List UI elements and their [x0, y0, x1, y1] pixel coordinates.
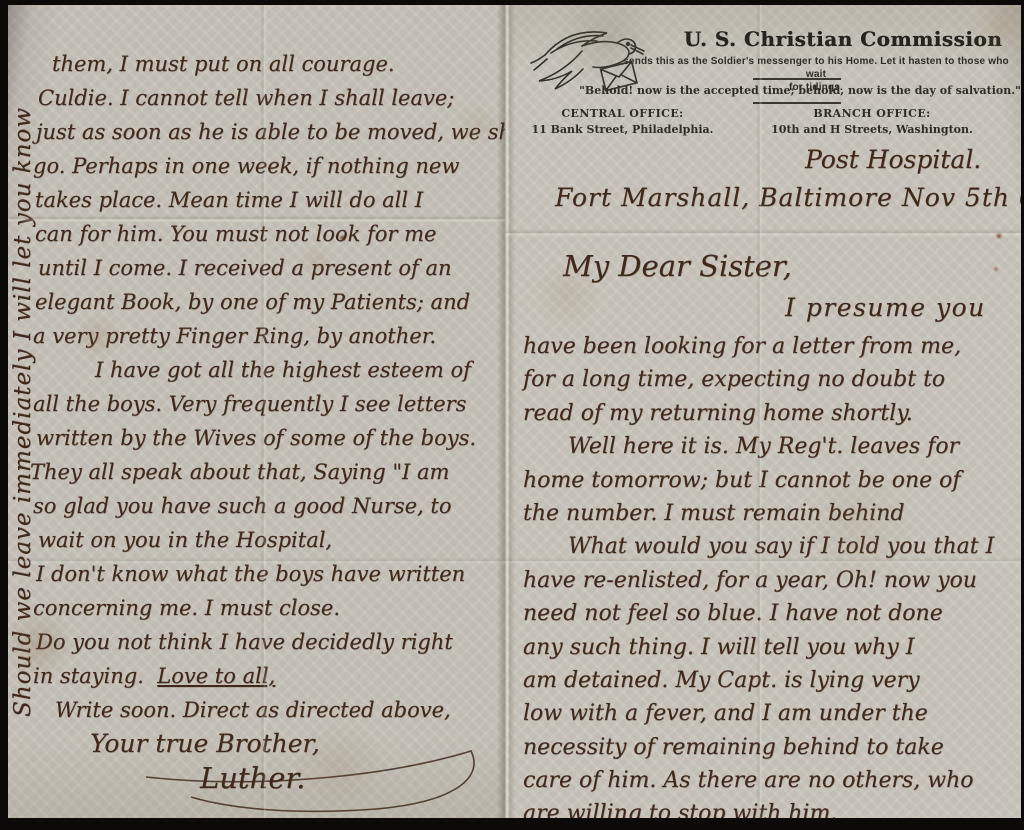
handwritten-line: I have got all the highest esteem of — [28, 355, 498, 389]
handwritten-line: are willing to stop with him. — [523, 799, 1019, 818]
handwritten-line: any such thing. I will tell you why I — [523, 633, 1019, 666]
letter-page-left: Should we leave immediately I will let y… — [8, 5, 505, 818]
handwritten-line: have re-enlisted, for a year, Oh! now yo… — [523, 566, 1019, 599]
handwritten-line: necessity of remaining behind to take — [523, 733, 1019, 766]
handwritten-line: until I come. I received a present of an — [28, 253, 498, 287]
handwritten-line: I don't know what the boys have written — [28, 559, 498, 593]
central-office-address: 11 Bank Street, Philadelphia. — [525, 123, 720, 136]
handwritten-line: Culdie. I cannot tell when I shall leave… — [28, 83, 498, 117]
letter-scan: Should we leave immediately I will let y… — [8, 5, 1021, 818]
letter-heading-place: Post Hospital. — [805, 145, 981, 174]
handwritten-line: go. Perhaps in one week, if nothing new — [28, 151, 498, 185]
branch-office-address: 10th and H Streets, Washington. — [767, 123, 977, 136]
handwritten-line: They all speak about that, Saying "I am — [28, 457, 498, 491]
handwritten-line: takes place. Mean time I will do all I — [28, 185, 498, 219]
handwritten-line: the number. I must remain behind — [523, 499, 1019, 532]
handwritten-line: written by the Wives of some of the boys… — [28, 423, 498, 457]
branch-office-label: BRANCH OFFICE: — [767, 107, 977, 120]
handwritten-line: have been looking for a letter from me, — [523, 332, 1019, 365]
handwritten-line: all the boys. Very frequently I see lett… — [28, 389, 498, 423]
salutation: My Dear Sister, — [563, 249, 792, 283]
handwritten-line: Write soon. Direct as directed above, — [28, 695, 498, 729]
handwritten-line: can for him. You must not look for me — [28, 219, 498, 253]
handwritten-line: Do you not think I have decidedly right — [28, 627, 498, 661]
right-page-text: have been looking for a letter from me, … — [523, 332, 1019, 818]
handwritten-line: a very pretty Finger Ring, by another. — [28, 321, 498, 355]
handwritten-line: for a long time, expecting no doubt to — [523, 365, 1019, 398]
letterhead-title: U. S. Christian Commission — [665, 27, 1021, 51]
handwritten-line: concerning me. I must close. — [28, 593, 498, 627]
central-office: CENTRAL OFFICE: 11 Bank Street, Philadel… — [525, 107, 720, 136]
letter-heading-date: Fort Marshall, Baltimore Nov 5th 64 — [555, 183, 1021, 212]
line-fragment: in staying. — [33, 664, 144, 688]
divider-rule — [753, 102, 841, 104]
letterhead-motto: "Behold! now is the accepted time; behol… — [565, 84, 1021, 97]
handwritten-line: low with a fever, and I am under the — [523, 699, 1019, 732]
handwritten-line: just as soon as he is able to be moved, … — [28, 117, 498, 151]
underlined-phrase: Love to all, — [157, 664, 275, 688]
handwritten-line: What would you say if I told you that I — [523, 532, 1019, 565]
handwritten-line: them, I must put on all courage. — [28, 49, 498, 83]
handwritten-line: care of him. As there are no others, who — [523, 766, 1019, 799]
handwritten-line: elegant Book, by one of my Patients; and — [28, 287, 498, 321]
handwritten-line: wait on you in the Hospital, — [28, 525, 498, 559]
handwritten-line: home tomorrow; but I cannot be one of — [523, 466, 1019, 499]
handwritten-line: Well here it is. My Reg't. leaves for — [523, 432, 1019, 465]
central-office-label: CENTRAL OFFICE: — [525, 107, 720, 120]
letter-page-right: U. S. Christian Commission sends this as… — [505, 5, 1021, 818]
handwritten-line: read of my returning home shortly. — [523, 399, 1019, 432]
handwritten-line: in staying. Love to all, — [28, 661, 498, 695]
handwritten-line: so glad you have such a good Nurse, to — [28, 491, 498, 525]
left-page-text: them, I must put on all courage. Culdie.… — [28, 49, 498, 797]
handwritten-line: need not feel so blue. I have not done — [523, 599, 1019, 632]
signature-flourish — [136, 747, 486, 818]
handwritten-line: am detained. My Capt. is lying very — [523, 666, 1019, 699]
opening-words: I presume you — [785, 293, 986, 322]
branch-office: BRANCH OFFICE: 10th and H Streets, Washi… — [767, 107, 977, 136]
divider-rule — [753, 78, 841, 80]
